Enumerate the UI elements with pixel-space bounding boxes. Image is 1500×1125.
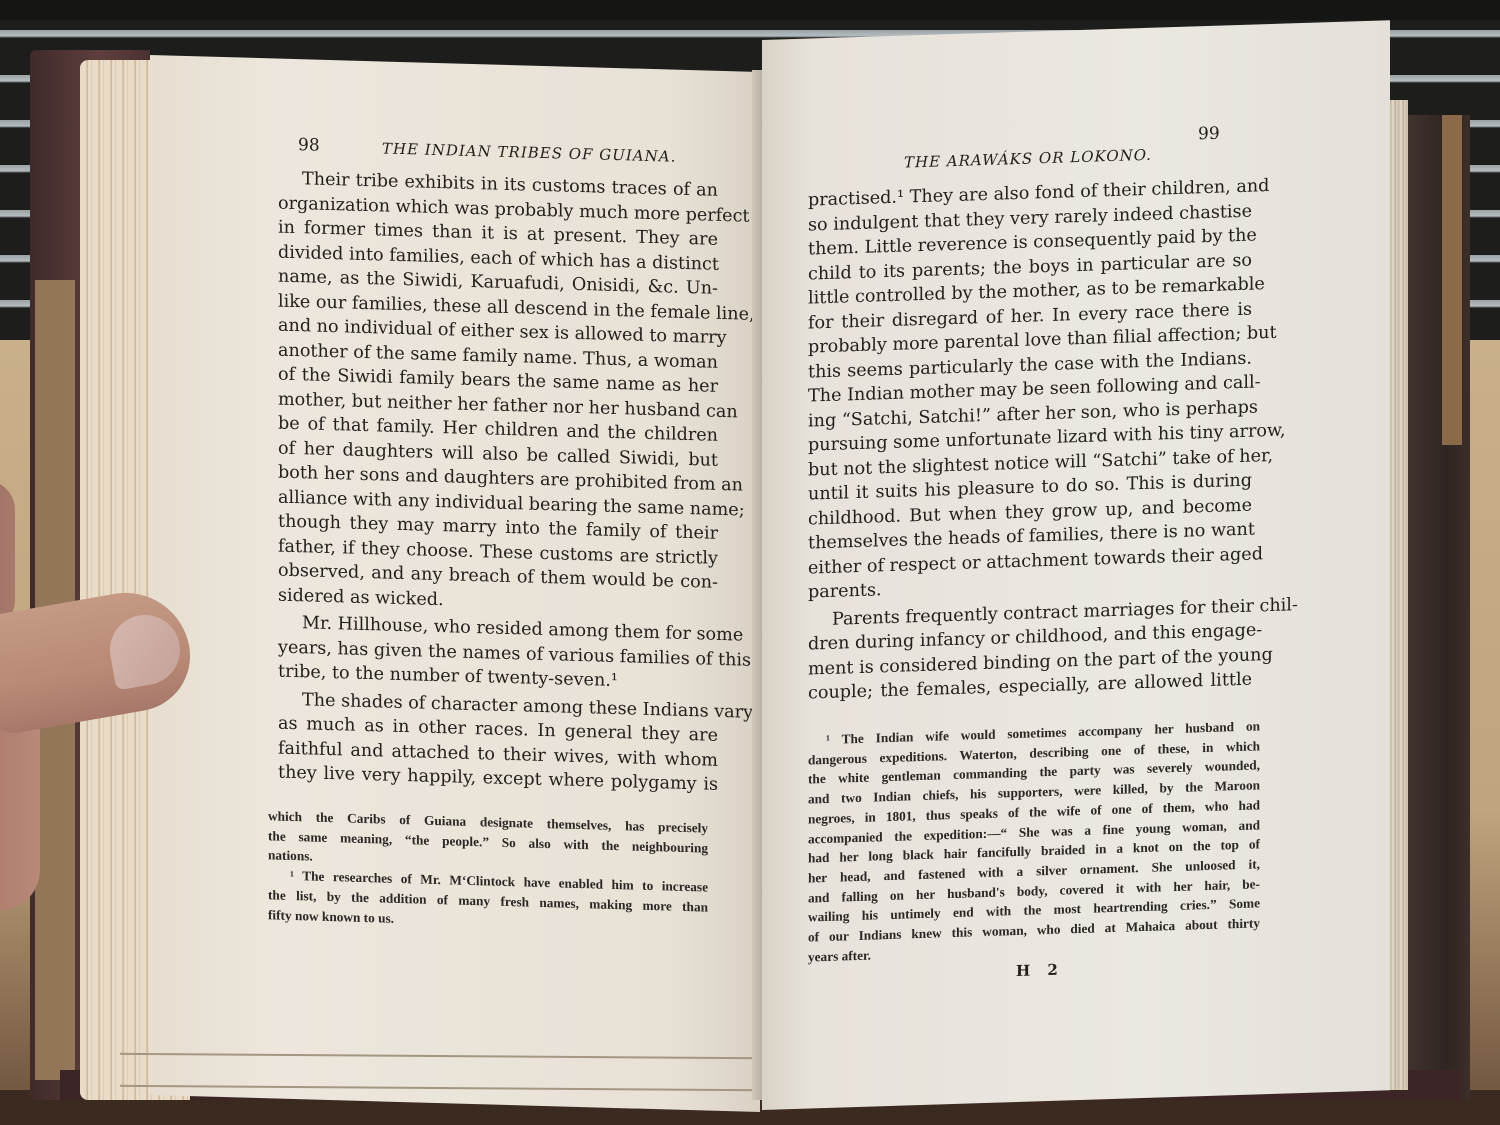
body-text: practised.¹ They are also fond of their … [808, 175, 1252, 706]
signature-mark: H 2 [1016, 961, 1064, 981]
footnotes: which the Caribs of Guiana designate the… [268, 806, 708, 937]
running-head: THE ARAWÁKS OR LOKONO. [904, 146, 1152, 172]
right-page: THE ARAWÁKS OR LOKONO. 99 practised.¹ Th… [762, 20, 1390, 1110]
page-fold-lines [120, 1053, 760, 1091]
body-text: Their tribe exhibits in its customs trac… [278, 167, 718, 798]
hand [0, 480, 210, 900]
page-number: 98 [298, 135, 320, 156]
running-head: THE INDIAN TRIBES OF GUIANA. [382, 139, 676, 165]
footnotes: ¹ The Indian wife would sometimes accomp… [808, 716, 1260, 967]
page-number: 99 [1198, 124, 1220, 145]
finger [0, 480, 15, 630]
left-page: 98 THE INDIAN TRIBES OF GUIANA. Their tr… [150, 55, 760, 1112]
cover-cloth [1442, 115, 1462, 445]
window-frame [0, 0, 1500, 20]
